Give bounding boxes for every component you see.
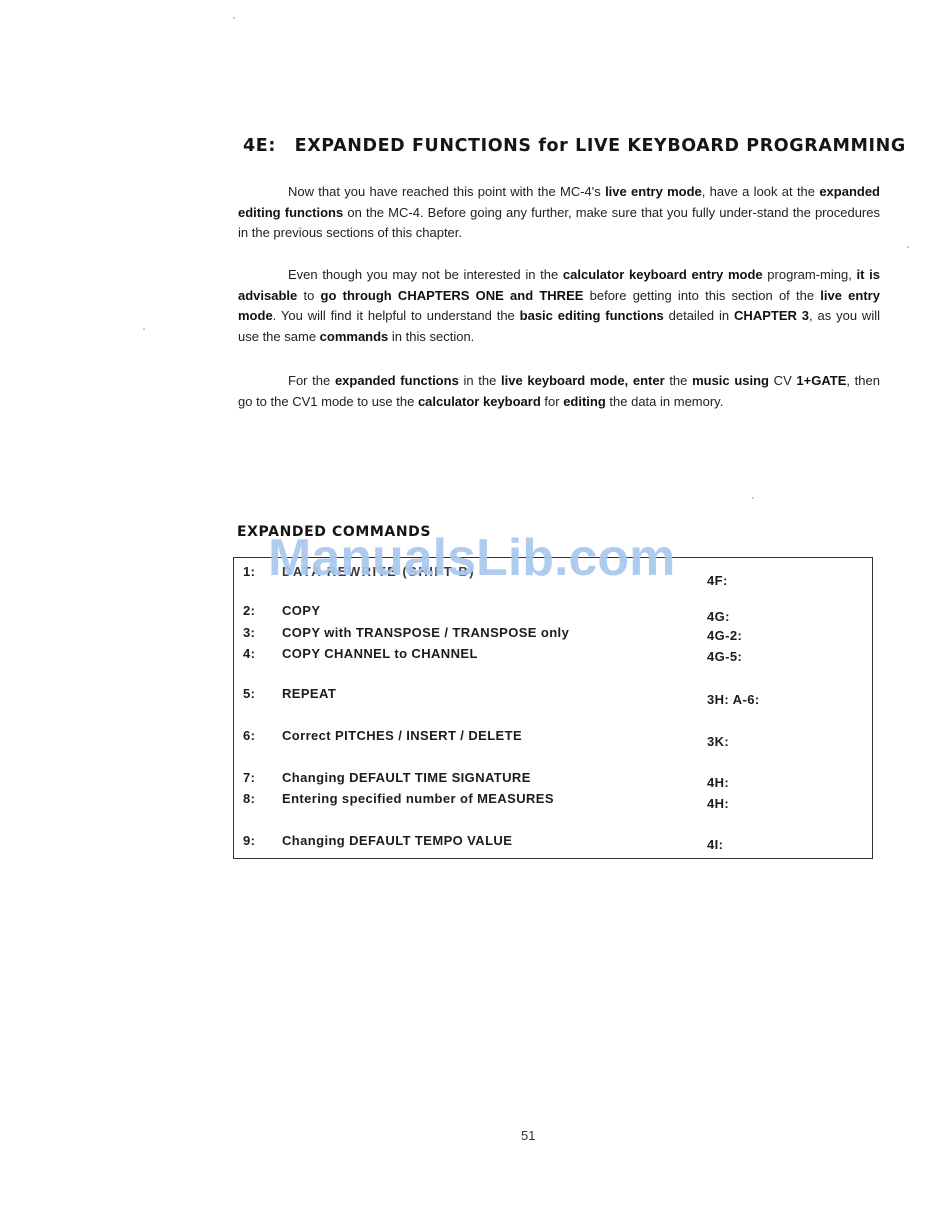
command-reference: 4G-2:: [707, 628, 742, 643]
page-title: 4E: EXPANDED FUNCTIONS for LIVE KEYBOARD…: [243, 136, 906, 156]
command-label: Correct PITCHES / INSERT / DELETE: [282, 728, 522, 743]
emphasized-text: calculator keyboard entry mode: [563, 267, 763, 282]
command-number: 3:: [243, 625, 255, 640]
command-reference: 3H: A-6:: [707, 692, 760, 707]
command-number: 7:: [243, 770, 255, 785]
body-text: Even though you may not be interested in…: [288, 267, 563, 282]
body-text: . You will find it helpful to understand…: [273, 308, 520, 323]
command-row: 6: Correct PITCHES / INSERT / DELETE 3K:: [234, 728, 872, 748]
body-text: CV: [769, 373, 796, 388]
body-text: detailed in: [664, 308, 734, 323]
command-reference: 4H:: [707, 775, 729, 790]
scan-speck: [907, 246, 909, 248]
body-text: For the: [288, 373, 335, 388]
command-label: REPEAT: [282, 686, 336, 701]
paragraph-procedure: For the expanded functions in the live k…: [238, 371, 880, 412]
command-reference: 4I:: [707, 837, 723, 852]
command-number: 2:: [243, 603, 255, 618]
command-reference: 4H:: [707, 796, 729, 811]
command-row: 8: Entering specified number of MEASURES…: [234, 791, 872, 811]
section-title: EXPANDED FUNCTIONS for LIVE KEYBOARD PRO…: [295, 136, 906, 156]
command-number: 1:: [243, 564, 255, 579]
body-text: , have a look at the: [702, 184, 820, 199]
emphasized-text: basic editing functions: [520, 308, 664, 323]
body-text: to: [297, 288, 320, 303]
command-row: 4: COPY CHANNEL to CHANNEL 4G-5:: [234, 646, 872, 666]
emphasized-text: commands: [320, 329, 389, 344]
paragraph-intro: Now that you have reached this point wit…: [238, 182, 880, 244]
body-text: the data in memory.: [606, 394, 724, 409]
command-row: 9: Changing DEFAULT TEMPO VALUE 4I:: [234, 833, 872, 853]
scan-speck: [233, 17, 235, 19]
command-row: 3: COPY with TRANSPOSE / TRANSPOSE only …: [234, 625, 872, 645]
emphasized-text: calculator keyboard: [418, 394, 541, 409]
emphasized-text: 1+GATE: [796, 373, 846, 388]
body-text: the: [665, 373, 692, 388]
body-text: for: [541, 394, 563, 409]
commands-table: 1: DATA REWRITE (SHIFT B) 4F: 2: COPY 4G…: [233, 557, 873, 859]
command-row: 1: DATA REWRITE (SHIFT B) 4F:: [234, 564, 872, 584]
body-text: Now that you have reached this point wit…: [288, 184, 605, 199]
page-number: 51: [521, 1128, 535, 1143]
emphasized-text: live keyboard mode, enter: [501, 373, 665, 388]
emphasized-text: go through CHAPTERS ONE and THREE: [321, 288, 584, 303]
body-text: in this section.: [388, 329, 474, 344]
command-label: Changing DEFAULT TEMPO VALUE: [282, 833, 512, 848]
command-number: 4:: [243, 646, 255, 661]
emphasized-text: CHAPTER 3: [734, 308, 809, 323]
scan-speck: [143, 328, 145, 330]
command-number: 8:: [243, 791, 255, 806]
emphasized-text: expanded functions: [335, 373, 459, 388]
command-label: COPY with TRANSPOSE / TRANSPOSE only: [282, 625, 569, 640]
commands-heading: EXPANDED COMMANDS: [237, 524, 431, 540]
body-text: in the: [459, 373, 501, 388]
command-row: 2: COPY 4G:: [234, 603, 872, 623]
command-number: 9:: [243, 833, 255, 848]
emphasized-text: editing: [563, 394, 606, 409]
emphasized-text: music using: [692, 373, 769, 388]
command-number: 5:: [243, 686, 255, 701]
scan-speck: [752, 497, 754, 499]
paragraph-prerequisites: Even though you may not be interested in…: [238, 265, 880, 347]
body-text: program-ming,: [763, 267, 857, 282]
command-label: Entering specified number of MEASURES: [282, 791, 554, 806]
command-label: Changing DEFAULT TIME SIGNATURE: [282, 770, 531, 785]
command-label: COPY: [282, 603, 320, 618]
command-label: DATA REWRITE (SHIFT B): [282, 564, 475, 579]
command-reference: 4G-5:: [707, 649, 742, 664]
command-label: COPY CHANNEL to CHANNEL: [282, 646, 478, 661]
body-text: before getting into this section of the: [583, 288, 820, 303]
section-number: 4E:: [243, 136, 276, 156]
command-row: 7: Changing DEFAULT TIME SIGNATURE 4H:: [234, 770, 872, 790]
command-reference: 3K:: [707, 734, 729, 749]
command-number: 6:: [243, 728, 255, 743]
emphasized-text: live entry mode: [605, 184, 702, 199]
command-reference: 4G:: [707, 609, 730, 624]
command-reference: 4F:: [707, 573, 728, 588]
command-row: 5: REPEAT 3H: A-6:: [234, 686, 872, 706]
